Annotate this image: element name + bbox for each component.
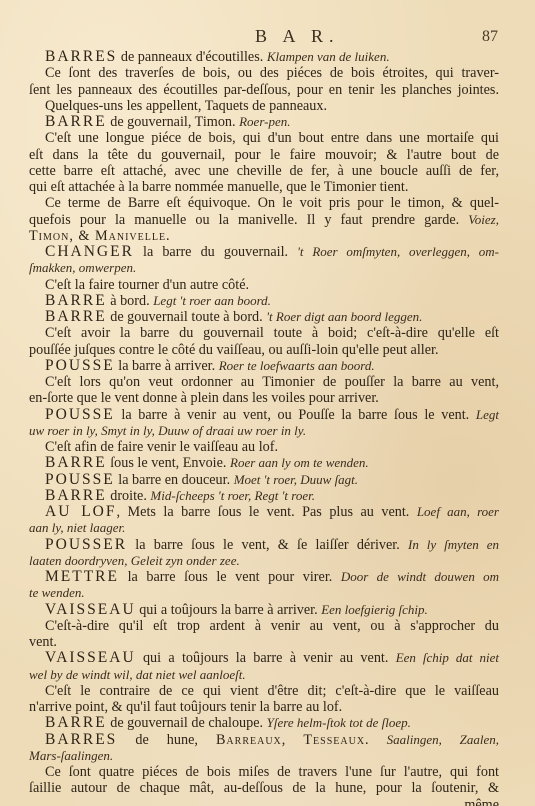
text-line: Quelques-uns les appellent, Taquets de p…: [29, 98, 499, 114]
text-run: C'eſt avoir la barre du gouvernail toute…: [45, 325, 499, 341]
entry-headword: POUSSE: [45, 357, 115, 374]
dutch-translation: Roer-pen.: [239, 114, 290, 129]
dutch-translation: uw roer in ly, Smyt in ly, Duuw of draai…: [29, 423, 306, 438]
dutch-translation: Roer te loefwaarts aan boord.: [219, 358, 375, 373]
text-line: C'eſt afin de faire venir le vaiſſeau au…: [29, 439, 499, 455]
text-line: BARRE à bord. Legt 't roer aan boord.: [29, 293, 499, 309]
text-line: C'eſt le contraire de ce qui vient d'êtr…: [29, 683, 499, 699]
text-line: aan ly, niet laager.: [29, 520, 499, 536]
text-run: cette barre eſt attaché, avec une chevil…: [29, 163, 499, 179]
cross-reference: Tesseaux: [303, 732, 365, 748]
text-run: Ce ſont quatre piéces de bois miſes de t…: [45, 764, 499, 780]
text-line: C'eſt lors qu'on veut ordonner au Timoni…: [29, 374, 499, 390]
dutch-translation: Door de windt douwen om: [341, 569, 499, 584]
text-run: ſous le vent, Envoie.: [107, 455, 230, 471]
text-line: en-ſorte que le vent donne à plein dans …: [29, 390, 499, 406]
text-line: ſent les panneaux des écoutilles par-deſ…: [29, 82, 499, 98]
entry-headword: BARRES: [45, 731, 117, 748]
text-line: POUSSE la barre à venir au vent, ou Pouſ…: [29, 407, 499, 423]
text-line: POUSSER la barre ſous le vent, & ſe laiſ…: [29, 537, 499, 553]
text-line: C'eſt une longue piéce de bois, qui d'un…: [29, 130, 499, 146]
text-line: te wenden.: [29, 585, 499, 601]
page-number: 87: [482, 28, 498, 46]
entry-headword: BARRE: [45, 308, 107, 325]
text-run: vent.: [29, 634, 57, 650]
text-line: BARRES de panneaux d'écoutilles. Klampen…: [29, 49, 499, 65]
text-run: de panneaux d'écoutilles.: [117, 49, 267, 65]
text-run: qui a toûjours la barre à arriver.: [136, 602, 322, 618]
text-run: C'eſt une longue piéce de bois, qui d'un…: [45, 130, 499, 146]
cross-reference: Barreaux: [216, 732, 282, 748]
text-line: Timon, & Manivelle.: [29, 228, 499, 244]
entry-headword: POUSSE: [45, 406, 115, 423]
dutch-translation: wel by de windt wil, dat niet wel aanloe…: [29, 667, 246, 682]
text-run: , Mets la barre ſous le vent. Pas plus a…: [117, 504, 417, 520]
dutch-translation: Mid-ſcheeps 't roer, Regt 't roer.: [150, 488, 315, 503]
text-line: AU LOF, Mets la barre ſous le vent. Pas …: [29, 504, 499, 520]
text-line: C'eſt la faire tourner d'un autre côté.: [29, 277, 499, 293]
text-line: même: [29, 797, 499, 806]
text-run: Ce ſont des traverſes de bois, ou des pi…: [45, 65, 499, 81]
text-run: quefois pour la manuelle ou la manivelle…: [29, 212, 468, 228]
text-line: qui eſt attachée à la barre nommée manue…: [29, 179, 499, 195]
text-run: en-ſorte que le vent donne à plein dans …: [29, 390, 379, 406]
text-run: de gouvernail toute à bord.: [107, 309, 267, 325]
text-run: ſent les panneaux des écoutilles par-deſ…: [29, 82, 499, 98]
page-header: B A R. 87: [0, 26, 535, 48]
entry-headword: CHANGER: [45, 243, 134, 260]
text-run: qui a toûjours la barre à venir au vent.: [136, 650, 396, 666]
text-line: Mars-ſaalingen.: [29, 748, 499, 764]
dutch-translation: Een ſchip dat niet: [396, 650, 499, 665]
dutch-translation: aan ly, niet laager.: [29, 520, 125, 535]
entry-headword: BARRE: [45, 113, 107, 130]
text-line: VAISSEAU qui a toûjours la barre à arriv…: [29, 602, 499, 618]
text-line: C'eſt avoir la barre du gouvernail toute…: [29, 325, 499, 341]
text-line: CHANGER la barre du gouvernail. 't Roer …: [29, 244, 499, 260]
text-line: BARRE droite. Mid-ſcheeps 't roer, Regt …: [29, 488, 499, 504]
text-line: Ce ſont des traverſes de bois, ou des pi…: [29, 65, 499, 81]
text-line: ſmakken, omwerpen.: [29, 260, 499, 276]
text-run: à bord.: [107, 293, 154, 309]
text-line: ſaillie autour de chaque mât, au-deſſous…: [29, 780, 499, 796]
dutch-translation: 't Roer digt aan boord leggen.: [266, 309, 422, 324]
text-run: la barre ſous le vent pour virer.: [119, 569, 341, 585]
dutch-translation: Een loefgierig ſchip.: [321, 602, 428, 617]
cross-reference: Timon, & Manivelle.: [29, 228, 171, 244]
entry-headword: BARRE: [45, 454, 107, 471]
text-line: cette barre eſt attaché, avec une chevil…: [29, 163, 499, 179]
text-run: même: [464, 797, 499, 806]
text-run: C'eſt la faire tourner d'un autre côté.: [45, 277, 249, 293]
entry-headword: VAISSEAU: [45, 649, 136, 666]
dutch-translation: 't Roer omſmyten, overleggen, om-: [297, 244, 499, 259]
text-run: de gouvernail de chaloupe.: [107, 715, 267, 731]
dutch-translation: laaten doordryven, Geleit zyn onder zee.: [29, 553, 240, 568]
text-line: BARRES de hune, Barreaux, Tesseaux. Saal…: [29, 732, 499, 748]
entry-headword: BARRE: [45, 292, 107, 309]
text-line: uw roer in ly, Smyt in ly, Duuw of draai…: [29, 423, 499, 439]
text-run: qui eſt attachée à la barre nommée manue…: [29, 179, 408, 195]
dutch-translation: Klampen van de luiken.: [267, 49, 390, 64]
dutch-translation: Legt 't roer aan boord.: [153, 293, 271, 308]
text-line: METTRE la barre ſous le vent pour virer.…: [29, 569, 499, 585]
entry-headword: BARRE: [45, 487, 107, 504]
dutch-translation: Legt: [476, 407, 499, 422]
text-line: eſt dans la tête du gouvernail, pour le …: [29, 147, 499, 163]
text-line: BARRE de gouvernail de chaloupe. Yſere h…: [29, 715, 499, 731]
dutch-translation: te wenden.: [29, 585, 85, 600]
text-line: BARRE de gouvernail, Timon. Roer-pen.: [29, 114, 499, 130]
dutch-translation: Mars-ſaalingen.: [29, 748, 113, 763]
text-run: C'eſt lors qu'on veut ordonner au Timoni…: [45, 374, 499, 390]
entry-headword: AU LOF: [45, 503, 117, 520]
text-run: Ce terme de Barre eſt équivoque. On le v…: [45, 195, 499, 211]
text-run: .: [365, 732, 387, 748]
text-run: n'arrive point, & qu'il faut toûjours te…: [29, 699, 342, 715]
book-page: B A R. 87 BARRES de panneaux d'écoutille…: [0, 0, 535, 806]
text-line: Ce ſont quatre piéces de bois miſes de t…: [29, 764, 499, 780]
dutch-translation: Voiez,: [468, 212, 499, 227]
text-run: C'eſt afin de faire venir le vaiſſeau au…: [45, 439, 278, 455]
text-run: la barre ſous le vent, & ſe laiſſer déri…: [127, 537, 408, 553]
text-line: quefois pour la manuelle ou la manivelle…: [29, 212, 499, 228]
text-run: Quelques-uns les appellent, Taquets de p…: [45, 98, 327, 114]
text-run: la barre du gouvernail.: [134, 244, 297, 260]
page-body: BARRES de panneaux d'écoutilles. Klampen…: [29, 49, 499, 806]
text-run: eſt dans la tête du gouvernail, pour le …: [29, 147, 499, 163]
text-line: wel by de windt wil, dat niet wel aanloe…: [29, 667, 499, 683]
dutch-translation: Roer aan ly om te wenden.: [230, 455, 369, 470]
entry-headword: POUSSER: [45, 536, 127, 553]
dutch-translation: ſmakken, omwerpen.: [29, 260, 136, 275]
text-run: C'eſt-à-dire qu'il eſt trop ardent à ven…: [45, 618, 499, 634]
text-run: la barre à venir au vent, ou Pouſſe la b…: [115, 407, 476, 423]
text-line: POUSSE la barre en douceur. Moet 't roer…: [29, 472, 499, 488]
text-run: droite.: [107, 488, 151, 504]
text-run: ,: [282, 732, 304, 748]
text-line: vent.: [29, 634, 499, 650]
entry-headword: BARRES: [45, 48, 117, 65]
text-run: de gouvernail, Timon.: [107, 114, 239, 130]
text-run: pouſſée juſques contre le côté du vaiſſe…: [29, 342, 439, 358]
text-line: VAISSEAU qui a toûjours la barre à venir…: [29, 650, 499, 666]
text-line: C'eſt-à-dire qu'il eſt trop ardent à ven…: [29, 618, 499, 634]
text-line: n'arrive point, & qu'il faut toûjours te…: [29, 699, 499, 715]
text-line: laaten doordryven, Geleit zyn onder zee.: [29, 553, 499, 569]
text-run: ſaillie autour de chaque mât, au-deſſous…: [29, 780, 499, 796]
text-line: pouſſée juſques contre le côté du vaiſſe…: [29, 342, 499, 358]
text-run: C'eſt le contraire de ce qui vient d'êtr…: [45, 683, 499, 699]
dutch-translation: Moet 't roer, Duuw ſagt.: [234, 472, 358, 487]
entry-headword: METTRE: [45, 568, 119, 585]
text-run: la barre en douceur.: [115, 472, 234, 488]
dutch-translation: Saalingen, Zaalen,: [387, 732, 499, 747]
running-head: B A R.: [255, 26, 340, 47]
text-run: de hune,: [117, 732, 216, 748]
text-run: la barre à arriver.: [115, 358, 219, 374]
entry-headword: POUSSE: [45, 471, 115, 488]
dutch-translation: Yſere helm-ſtok tot de ſloep.: [267, 715, 411, 730]
text-line: BARRE de gouvernail toute à bord. 't Roe…: [29, 309, 499, 325]
dutch-translation: Loef aan, roer: [417, 504, 499, 519]
text-line: Ce terme de Barre eſt équivoque. On le v…: [29, 195, 499, 211]
text-line: POUSSE la barre à arriver. Roer te loefw…: [29, 358, 499, 374]
entry-headword: BARRE: [45, 714, 107, 731]
entry-headword: VAISSEAU: [45, 601, 136, 618]
dutch-translation: In ly ſmyten en: [408, 537, 499, 552]
text-line: BARRE ſous le vent, Envoie. Roer aan ly …: [29, 455, 499, 471]
